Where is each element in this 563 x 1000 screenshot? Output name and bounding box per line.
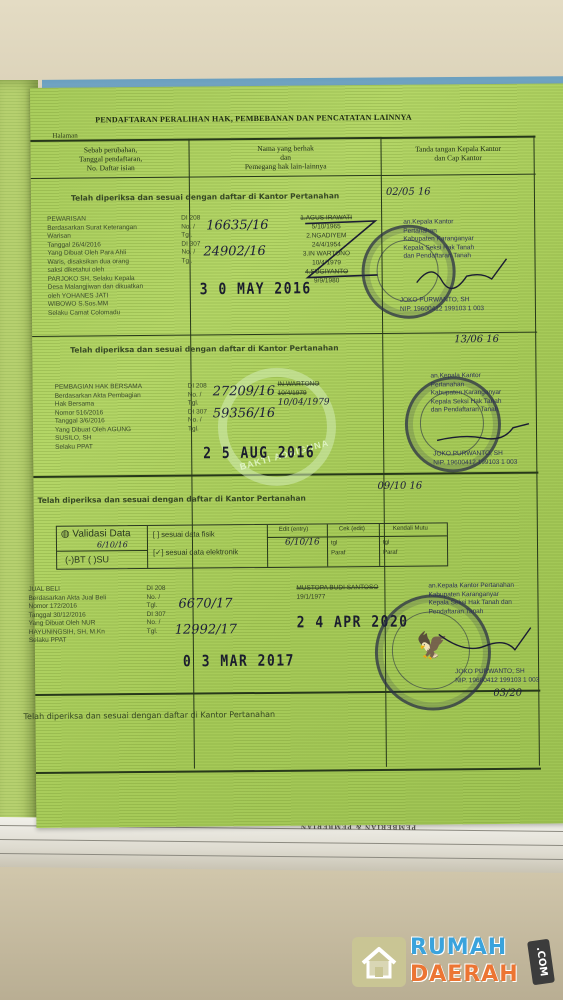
final-checked-note: Telah diperiksa dan sesuai dengan daftar… xyxy=(23,710,275,721)
checked-note: Telah diperiksa dan sesuai dengan daftar… xyxy=(71,191,339,202)
page-edge xyxy=(0,853,563,860)
tgl-label: tgl xyxy=(331,540,337,546)
checkbox-empty-icon: [ ] xyxy=(153,530,159,539)
entry-2-signature xyxy=(433,414,533,451)
globe-icon: ◍ xyxy=(61,529,70,540)
entry-1-paraf: 02/05 16 xyxy=(386,187,431,198)
entry-1-official: JOKO PURWANTO, SHNIP. 19600412 199103 1 … xyxy=(400,296,484,314)
entry-3-official: JOKO PURWANTO, SHNIP. 19600412 199103 1 … xyxy=(455,668,539,686)
entry-1-di307-number: 24902/16 xyxy=(203,244,265,260)
entry-3-signature-block: an.Kepala Kantor PertanahanKabupaten Kar… xyxy=(428,582,514,617)
checked-note: Telah diperiksa dan sesuai dengan daftar… xyxy=(70,343,338,354)
house-icon xyxy=(352,937,406,987)
validation-date: 6/10/16 xyxy=(97,540,128,549)
col-check: Cek (edit) xyxy=(339,526,365,532)
entry-2-cause: PEMBAGIAN HAK BERSAMABerdasarkan Akta Pe… xyxy=(55,383,143,452)
page-number-label: Halaman xyxy=(52,132,77,140)
checkbox-checked-icon: [✓] xyxy=(153,548,164,557)
entry-3-date-stamp: 0 3 MAR 2017 xyxy=(183,652,295,671)
checked-note: Telah diperiksa dan sesuai dengan daftar… xyxy=(38,494,306,505)
entry-2-signature-block: an.Kepala KantorPertanahan Kabupaten Kar… xyxy=(430,372,501,415)
brand-top: RUMAH xyxy=(410,935,507,960)
entry-1-register-labels: DI 208No. / Tgl.DI 307 No. /Tgl. xyxy=(181,215,201,266)
entry-3-holders: MUSTOPA BUDI SANTOSO 19/1/1977 xyxy=(296,583,378,602)
paraf-label: Paraf xyxy=(383,550,397,556)
entry-1-cause: PEWARISANBerdasarkan Surat Keterangan Wa… xyxy=(47,215,143,318)
col-edit: Edit (entry) xyxy=(279,527,308,533)
edit-date: 6/10/16 xyxy=(285,537,320,547)
entry-2-holders: IN WARTONO 10/4/1979 10/04/1979 xyxy=(278,379,358,408)
entry-2-official: JOKO PURWANTO, SHNIP. 19600412 199103 1 … xyxy=(433,450,517,468)
entry-2-register-labels: DI 208No. / Tgl.DI 307 No. /Tgl. xyxy=(188,382,208,433)
paraf-label: Paraf xyxy=(331,550,345,556)
entry-1-di208-number: 16635/16 xyxy=(206,218,268,234)
entry-1-signature xyxy=(411,254,511,295)
col-quality: Kendali Mutu xyxy=(393,526,428,532)
table-bottom-border xyxy=(36,768,541,774)
header-cause: Sebab perubahan,Tanggal pendaftaran,No. … xyxy=(41,145,181,173)
brand-tld-tag: .COM xyxy=(527,939,555,986)
validation-paraf: 09/10 16 xyxy=(377,481,422,492)
validation-team: (-)BT ( )SU xyxy=(65,554,109,564)
entry-3-cause: JUAL BELIBerdasarkan Akta Jual Beli Nomo… xyxy=(28,585,106,645)
entry-2-paraf: 13/06 16 xyxy=(454,334,499,345)
check-physical-data[interactable]: [ ] sesuai data fisik xyxy=(153,529,215,539)
land-certificate-page: PENDAFTARAN PERALIHAN HAK, PEMBEBANAN DA… xyxy=(30,83,563,828)
entry-3-di208-number: 6670/17 xyxy=(178,596,232,611)
entry-3-paraf: 03/20 xyxy=(493,688,522,699)
page-edge xyxy=(0,839,563,846)
entry-3-di307-number: 12992/17 xyxy=(175,622,237,638)
validation-title: ◍ Validasi Data xyxy=(61,528,131,540)
entry-2-date-stamp: 2 5 AUG 2016 xyxy=(203,444,315,463)
tgl-label: tgl xyxy=(383,540,389,546)
entry-2-di208-number: 27209/16 xyxy=(213,384,275,400)
entry-3-signature xyxy=(435,624,535,665)
document-title: PENDAFTARAN PERALIHAN HAK, PEMBEBANAN DA… xyxy=(95,113,412,125)
entry-2-di307-number: 59356/16 xyxy=(213,406,275,422)
brand-bottom: DAERAH xyxy=(410,962,519,987)
header-signature: Tanda tangan Kepala Kantordan Cap Kantor xyxy=(386,144,531,163)
header-holder: Nama yang berhakdanPemegang hak lain-lai… xyxy=(195,143,375,172)
rumahdaerah-watermark: RUMAH DAERAH .COM xyxy=(352,935,552,995)
header-divider xyxy=(31,174,536,179)
check-electronic-data[interactable]: [✓] sesuai data elektronik xyxy=(153,547,238,557)
validation-box: ◍ Validasi Data 6/10/16 (-)BT ( )SU [ ] … xyxy=(56,522,448,569)
table-top-border xyxy=(30,136,535,142)
entry-3-register-labels: DI 208No. / Tgl.DI 307 No. /Tgl. xyxy=(146,585,166,636)
